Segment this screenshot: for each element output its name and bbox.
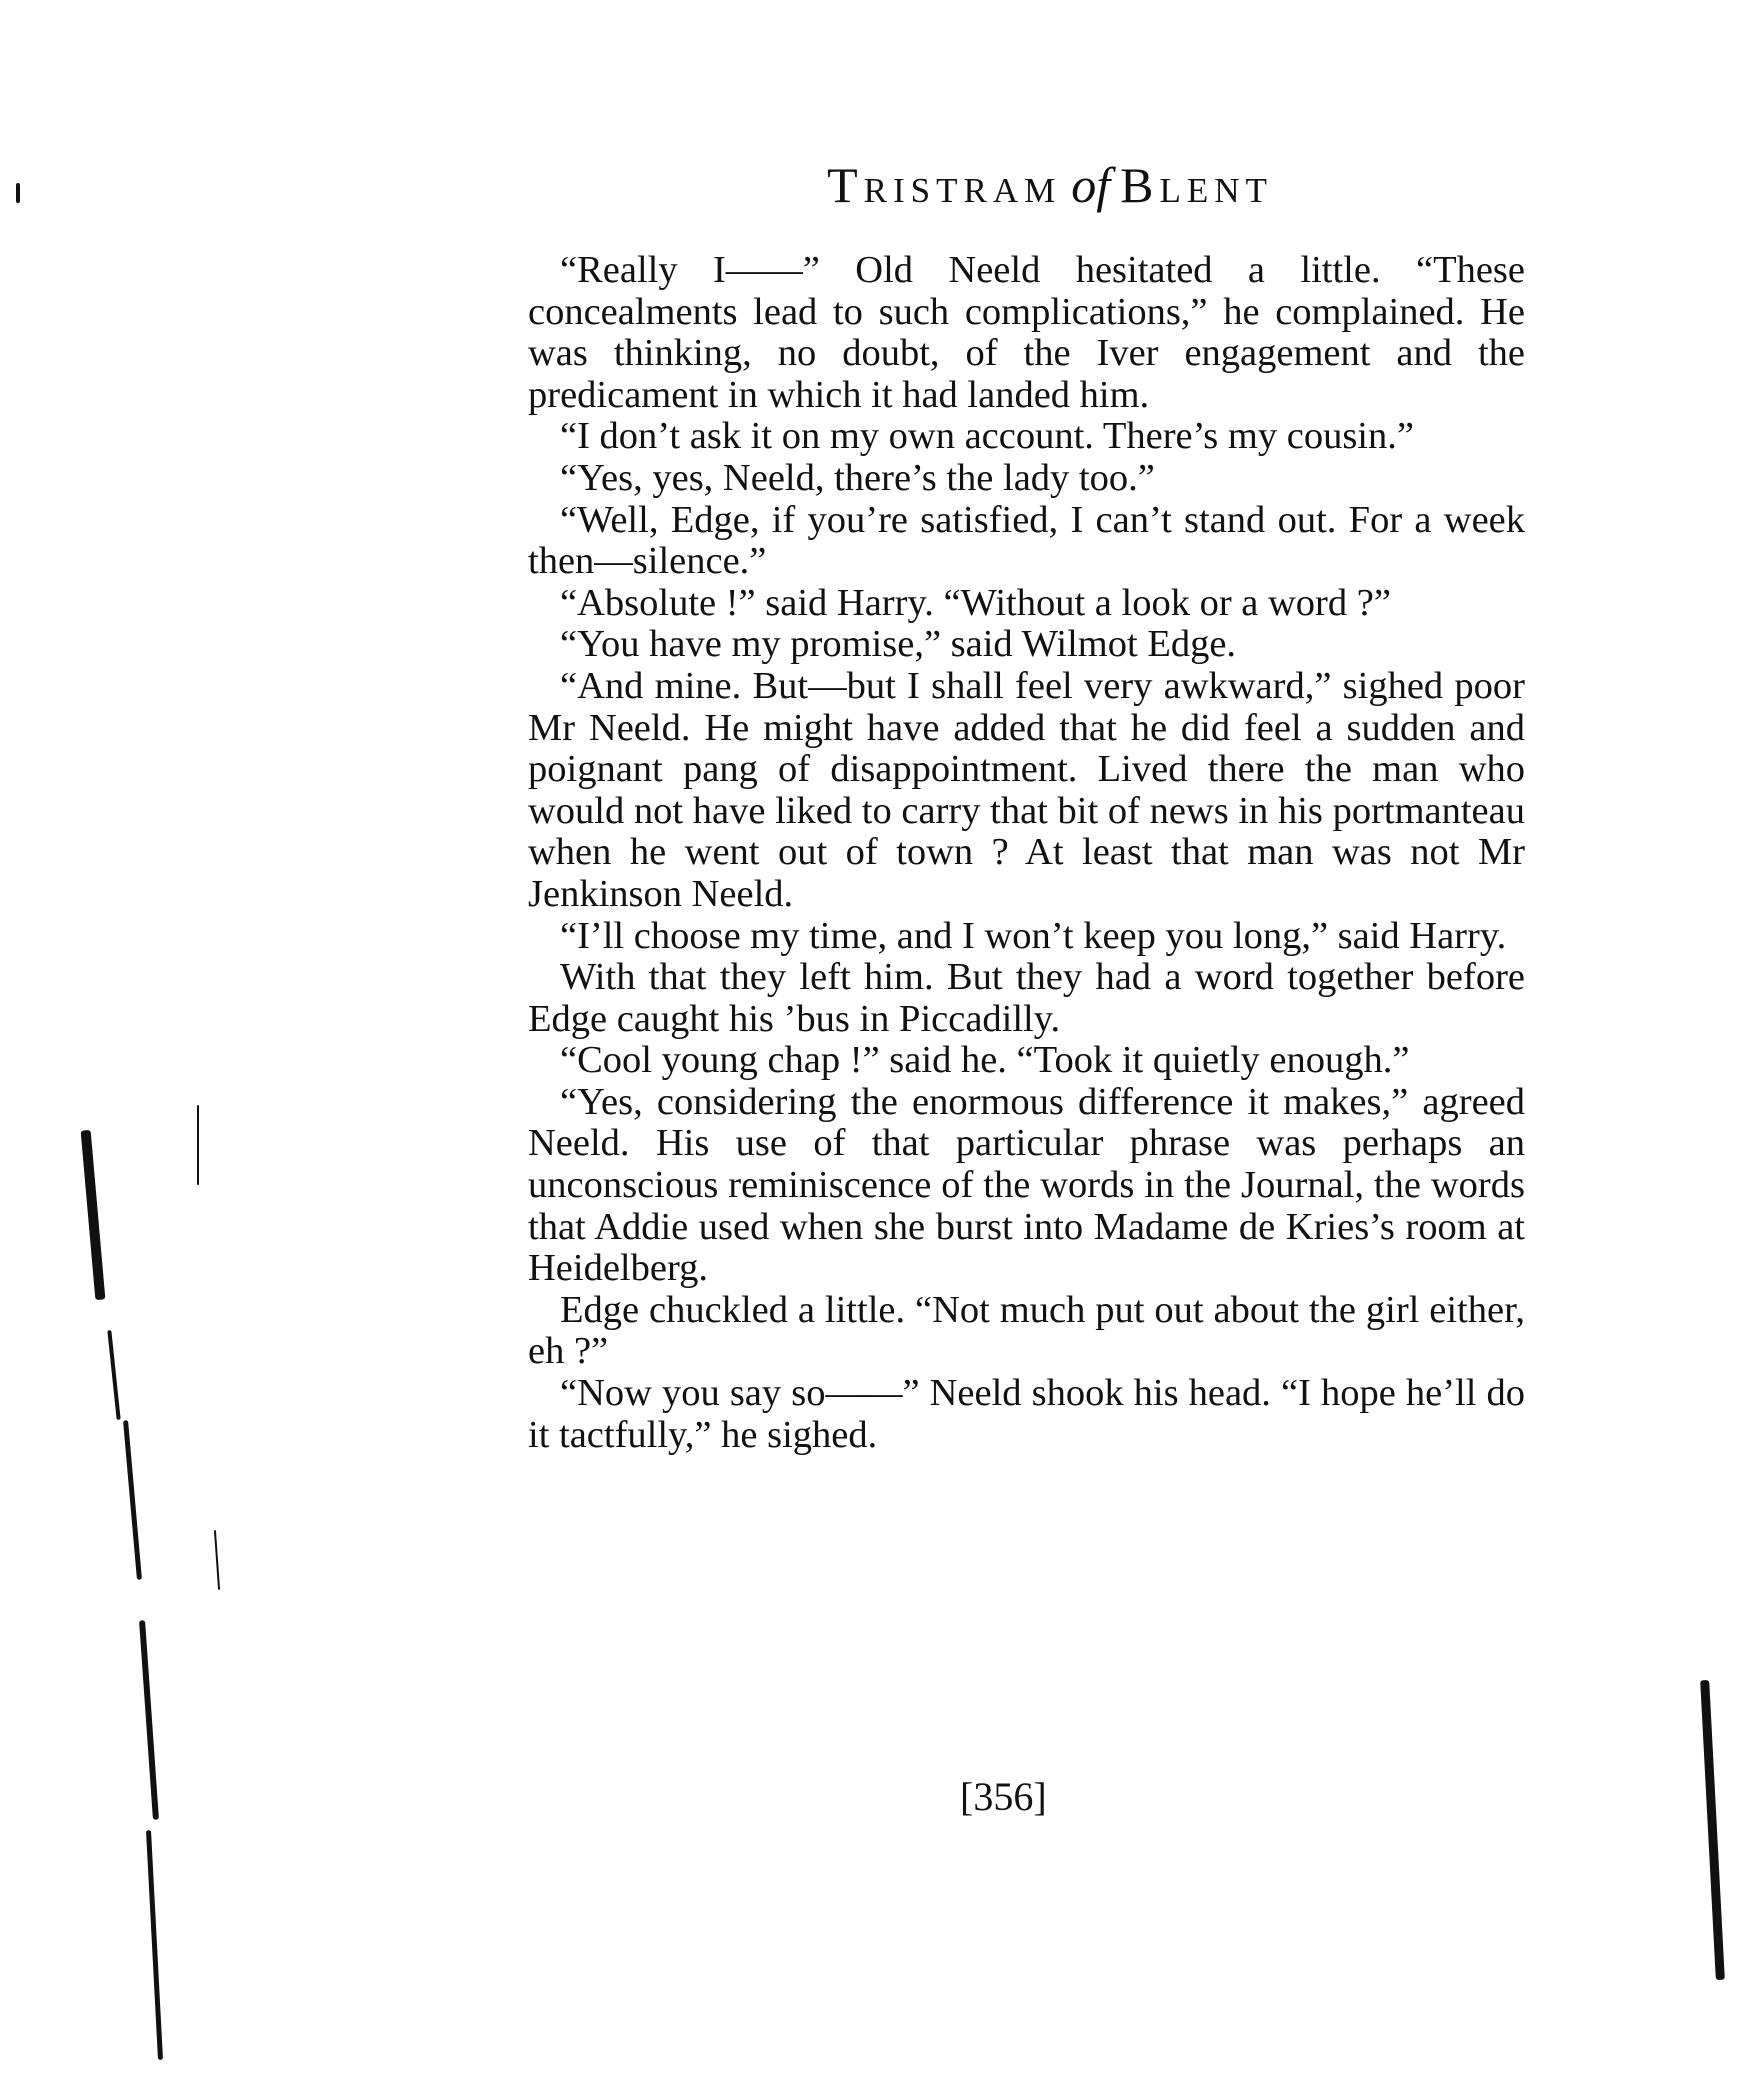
paragraph: “Well, Edge, if you’re satisfied, I can’… (528, 500, 1525, 583)
title-blent: Blent (1120, 157, 1273, 213)
paragraph: Edge chuckled a little. “Not much put ou… (528, 1290, 1525, 1373)
title-tristram: Tristram (827, 157, 1061, 213)
paragraph: “Absolute !” said Harry. “Without a look… (528, 583, 1525, 625)
scan-edge-left-1 (81, 1130, 106, 1300)
scan-edge-left-6 (197, 1105, 199, 1185)
paragraph: “Really I——” Old Neeld hesitated a littl… (528, 250, 1525, 416)
scan-edge-left-4 (139, 1620, 159, 1820)
page-number: [356] (960, 1772, 1120, 1822)
paragraph: “I’ll choose my time, and I won’t keep y… (528, 916, 1525, 958)
paragraph: “I don’t ask it on my own account. There… (528, 416, 1525, 458)
scan-edge-left-2 (107, 1330, 120, 1420)
paragraph: “Yes, considering the enormous differenc… (528, 1082, 1525, 1290)
scan-edge-left-3 (123, 1420, 142, 1580)
paragraph: With that they left him. But they had a … (528, 957, 1525, 1040)
body-text: “Really I——” Old Neeld hesitated a littl… (528, 250, 1525, 1456)
scan-edge-left-5 (146, 1830, 163, 2060)
scan-mark-top-left (16, 183, 20, 203)
title-of: of (1071, 157, 1110, 213)
paragraph: “You have my promise,” said Wilmot Edge. (528, 624, 1525, 666)
scanned-book-page: TristramofBlent “Really I——” Old Neeld h… (0, 0, 1738, 2094)
paragraph: “Now you say so——” Neeld shook his head.… (528, 1373, 1525, 1456)
paragraph: “Cool young chap !” said he. “Took it qu… (528, 1040, 1525, 1082)
paragraph: “And mine. But—but I shall feel very awk… (528, 666, 1525, 916)
scan-edge-left-7 (214, 1530, 220, 1590)
scan-edge-right (1700, 1680, 1725, 1980)
running-head-title: TristramofBlent (700, 150, 1400, 220)
paragraph: “Yes, yes, Neeld, there’s the lady too.” (528, 458, 1525, 500)
